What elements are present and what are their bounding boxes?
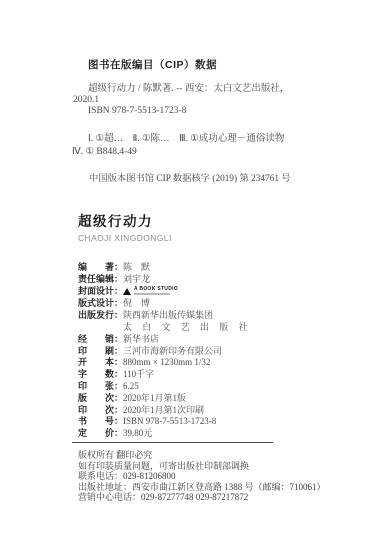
publisher-group: 陕西新华出版传媒集团 [123,310,213,320]
contact-phone: 联系电话：029-81206800 [78,471,358,482]
colophon-value: 39.80元 [123,428,152,440]
colophon-value: 陕西新华出版传媒集团太 白 文 艺 出 版 社 [123,310,251,334]
colophon-row-cover-design: 封面设计： A BOOK STUDIO [78,286,251,299]
colophon-label: 版式设计： [78,298,123,310]
publisher-address: 出版社地址：西安市曲江新区登高路 1388 号（邮编：710061） [78,482,358,493]
colophon-value: 880mm × 1230mm 1/32 [123,357,210,369]
colophon-label: 封面设计： [78,286,123,298]
colophon-label: 责任编辑： [78,274,123,286]
cip-entry-line1: 超级行动力 / 陈默著. -- 西安：太白文艺出版社， [73,84,293,95]
colophon-row-layout-design: 版式设计： 倪 博 [78,298,251,310]
colophon-row-word-count: 字 数： 110千字 [78,369,251,381]
book-title-pinyin: CHAOJI XINGDONGLI [78,233,172,243]
colophon-row-format: 开 本： 880mm × 1230mm 1/32 [78,357,251,369]
classification-line1: Ⅰ. ①超… Ⅱ. ①陈… Ⅲ. ①成功心理－通俗读物 [72,133,312,146]
colophon-value: 2020年1月第1次印刷 [123,405,204,417]
colophon-label: 书 号： [78,416,123,428]
colophon-row-editor: 责任编辑： 刘宇龙 [78,274,251,286]
cip-record-number: 中国版本图书馆 CIP 数据核字 (2019) 第 234761 号 [89,170,291,184]
colophon-value: 6.25 [123,381,139,393]
quality-note: 如有印装质量问题，可寄出版社印制部调换 [78,461,358,472]
colophon-label: 版 次： [78,393,123,405]
publisher-press: 太 白 文 艺 出 版 社 [123,322,251,334]
book-copyright-page: 图书在版编目（CIP）数据 超级行动力 / 陈默著. -- 西安：太白文艺出版社… [0,0,375,543]
copyright-notice: 版权所有 翻印必究 [78,450,358,461]
a-book-studio-logo: A BOOK STUDIO [123,286,178,299]
marketing-phone: 营销中心电话：029-87277748 029-87217872 [78,492,358,503]
cip-entry-line2: 2020.1 [73,95,293,106]
colophon: 编 著： 陈 默 责任编辑： 刘宇龙 封面设计： A BOOK STUDIO 版… [78,262,251,440]
colophon-label: 字 数： [78,369,123,381]
cip-entry: 超级行动力 / 陈默著. -- 西安：太白文艺出版社， 2020.1 ISBN … [73,84,293,117]
cip-entry-isbn: ISBN 978-7-5513-1723-8 [73,106,293,117]
colophon-row-printer: 印 刷： 三河市海新印务有限公司 [78,346,251,358]
cip-classification: Ⅰ. ①超… Ⅱ. ①陈… Ⅲ. ①成功心理－通俗读物 Ⅳ. ① B848.4-… [72,133,312,159]
colophon-row-distributor: 经 销： 新华书店 [78,334,251,346]
colophon-value: 倪 博 [123,298,150,310]
colophon-row-publisher: 出版发行： 陕西新华出版传媒集团太 白 文 艺 出 版 社 [78,310,251,334]
colophon-value: ISBN 978-7-5513-1723-8 [123,416,216,428]
colophon-label: 定 价： [78,428,123,440]
colophon-row-price: 定 价： 39.80元 [78,428,251,440]
colophon-label: 印 次： [78,405,123,417]
cip-header: 图书在版编目（CIP）数据 [88,57,217,72]
colophon-row-sheets: 印 张： 6.25 [78,381,251,393]
title-block: 超级行动力 CHAOJI XINGDONGLI [78,215,172,243]
book-title: 超级行动力 [78,215,172,229]
colophon-row-author: 编 著： 陈 默 [78,262,251,274]
colophon-label: 印 张： [78,381,123,393]
colophon-label: 编 著： [78,262,123,274]
footer-notices: 版权所有 翻印必究 如有印装质量问题，可寄出版社印制部调换 联系电话：029-8… [78,450,358,503]
colophon-label: 出版发行： [78,310,123,322]
colophon-value: 三河市海新印务有限公司 [123,346,222,358]
logo-text: A BOOK STUDIO [134,287,178,296]
colophon-value: 新华书店 [123,334,159,346]
colophon-label: 经 销： [78,334,123,346]
colophon-value: 2020年1月第1版 [123,393,186,405]
colophon-value: 刘宇龙 [123,274,150,286]
colophon-label: 开 本： [78,357,123,369]
colophon-value: 陈 默 [123,262,150,274]
colophon-row-impression: 印 次： 2020年1月第1次印刷 [78,405,251,417]
logo-name: A BOOK STUDIO [134,287,178,292]
colophon-label: 印 刷： [78,346,123,358]
classification-line2: Ⅳ. ① B848.4-49 [72,146,312,159]
divider-rule [72,442,273,443]
colophon-row-edition: 版 次： 2020年1月第1版 [78,393,251,405]
logo-subline [134,293,170,295]
colophon-row-isbn: 书 号： ISBN 978-7-5513-1723-8 [78,416,251,428]
logo-triangle-icon [123,288,131,295]
colophon-value: 110千字 [123,369,154,381]
